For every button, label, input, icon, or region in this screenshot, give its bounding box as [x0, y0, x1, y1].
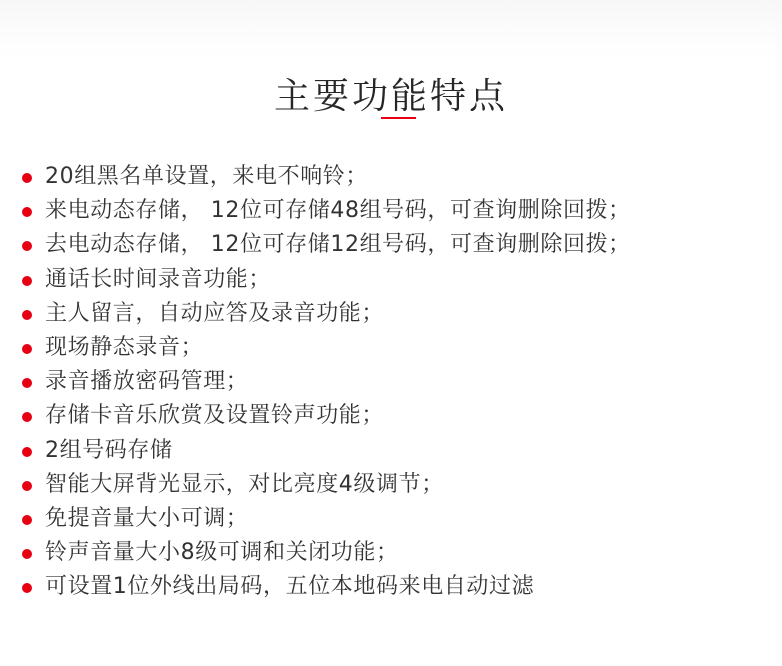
- feature-text: 来电动态存储， 12位可存储48组号码，可查询删除回拨；: [45, 196, 631, 226]
- title-underline-divider: [381, 117, 416, 119]
- bullet-dot-icon: [22, 207, 32, 217]
- page-title: 主要功能特点: [0, 72, 782, 122]
- feature-text: 可设置1位外线出局码，五位本地码来电自动过滤: [45, 572, 534, 602]
- feature-item: 去电动态存储， 12位可存储12组号码，可查询删除回拨；: [22, 228, 631, 262]
- feature-text: 录音播放密码管理；: [45, 367, 248, 397]
- feature-text: 去电动态存储， 12位可存储12组号码，可查询删除回拨；: [45, 230, 631, 260]
- bullet-dot-icon: [22, 173, 32, 183]
- feature-item: 通话长时间录音功能；: [22, 263, 631, 297]
- feature-text: 存储卡音乐欣赏及设置铃声功能；: [45, 401, 384, 431]
- feature-item: 存储卡音乐欣赏及设置铃声功能；: [22, 399, 631, 433]
- bullet-dot-icon: [22, 276, 32, 286]
- feature-text: 主人留言，自动应答及录音功能；: [45, 299, 384, 329]
- feature-item: 铃声音量大小8级可调和关闭功能；: [22, 536, 631, 570]
- feature-list: 20组黑名单设置，来电不响铃； 来电动态存储， 12位可存储48组号码，可查询删…: [22, 160, 631, 604]
- feature-item: 2组号码存储: [22, 434, 631, 468]
- feature-item: 现场静态录音；: [22, 331, 631, 365]
- bullet-dot-icon: [22, 412, 32, 422]
- feature-text: 免提音量大小可调；: [45, 504, 248, 534]
- feature-text: 2组号码存储: [45, 436, 173, 466]
- bullet-dot-icon: [22, 241, 32, 251]
- feature-text: 智能大屏背光显示，对比亮度4级调节；: [45, 470, 444, 500]
- feature-text: 铃声音量大小8级可调和关闭功能；: [45, 538, 399, 568]
- bullet-dot-icon: [22, 481, 32, 491]
- bullet-dot-icon: [22, 378, 32, 388]
- feature-item: 智能大屏背光显示，对比亮度4级调节；: [22, 468, 631, 502]
- feature-item: 来电动态存储， 12位可存储48组号码，可查询删除回拨；: [22, 194, 631, 228]
- feature-item: 可设置1位外线出局码，五位本地码来电自动过滤: [22, 570, 631, 604]
- bullet-dot-icon: [22, 549, 32, 559]
- feature-item: 录音播放密码管理；: [22, 365, 631, 399]
- bullet-dot-icon: [22, 344, 32, 354]
- feature-text: 通话长时间录音功能；: [45, 265, 271, 295]
- feature-item: 20组黑名单设置，来电不响铃；: [22, 160, 631, 194]
- feature-text: 现场静态录音；: [45, 333, 203, 363]
- bullet-dot-icon: [22, 515, 32, 525]
- bullet-dot-icon: [22, 583, 32, 593]
- feature-item: 主人留言，自动应答及录音功能；: [22, 297, 631, 331]
- feature-item: 免提音量大小可调；: [22, 502, 631, 536]
- bullet-dot-icon: [22, 310, 32, 320]
- bullet-dot-icon: [22, 447, 32, 457]
- feature-text: 20组黑名单设置，来电不响铃；: [45, 162, 368, 192]
